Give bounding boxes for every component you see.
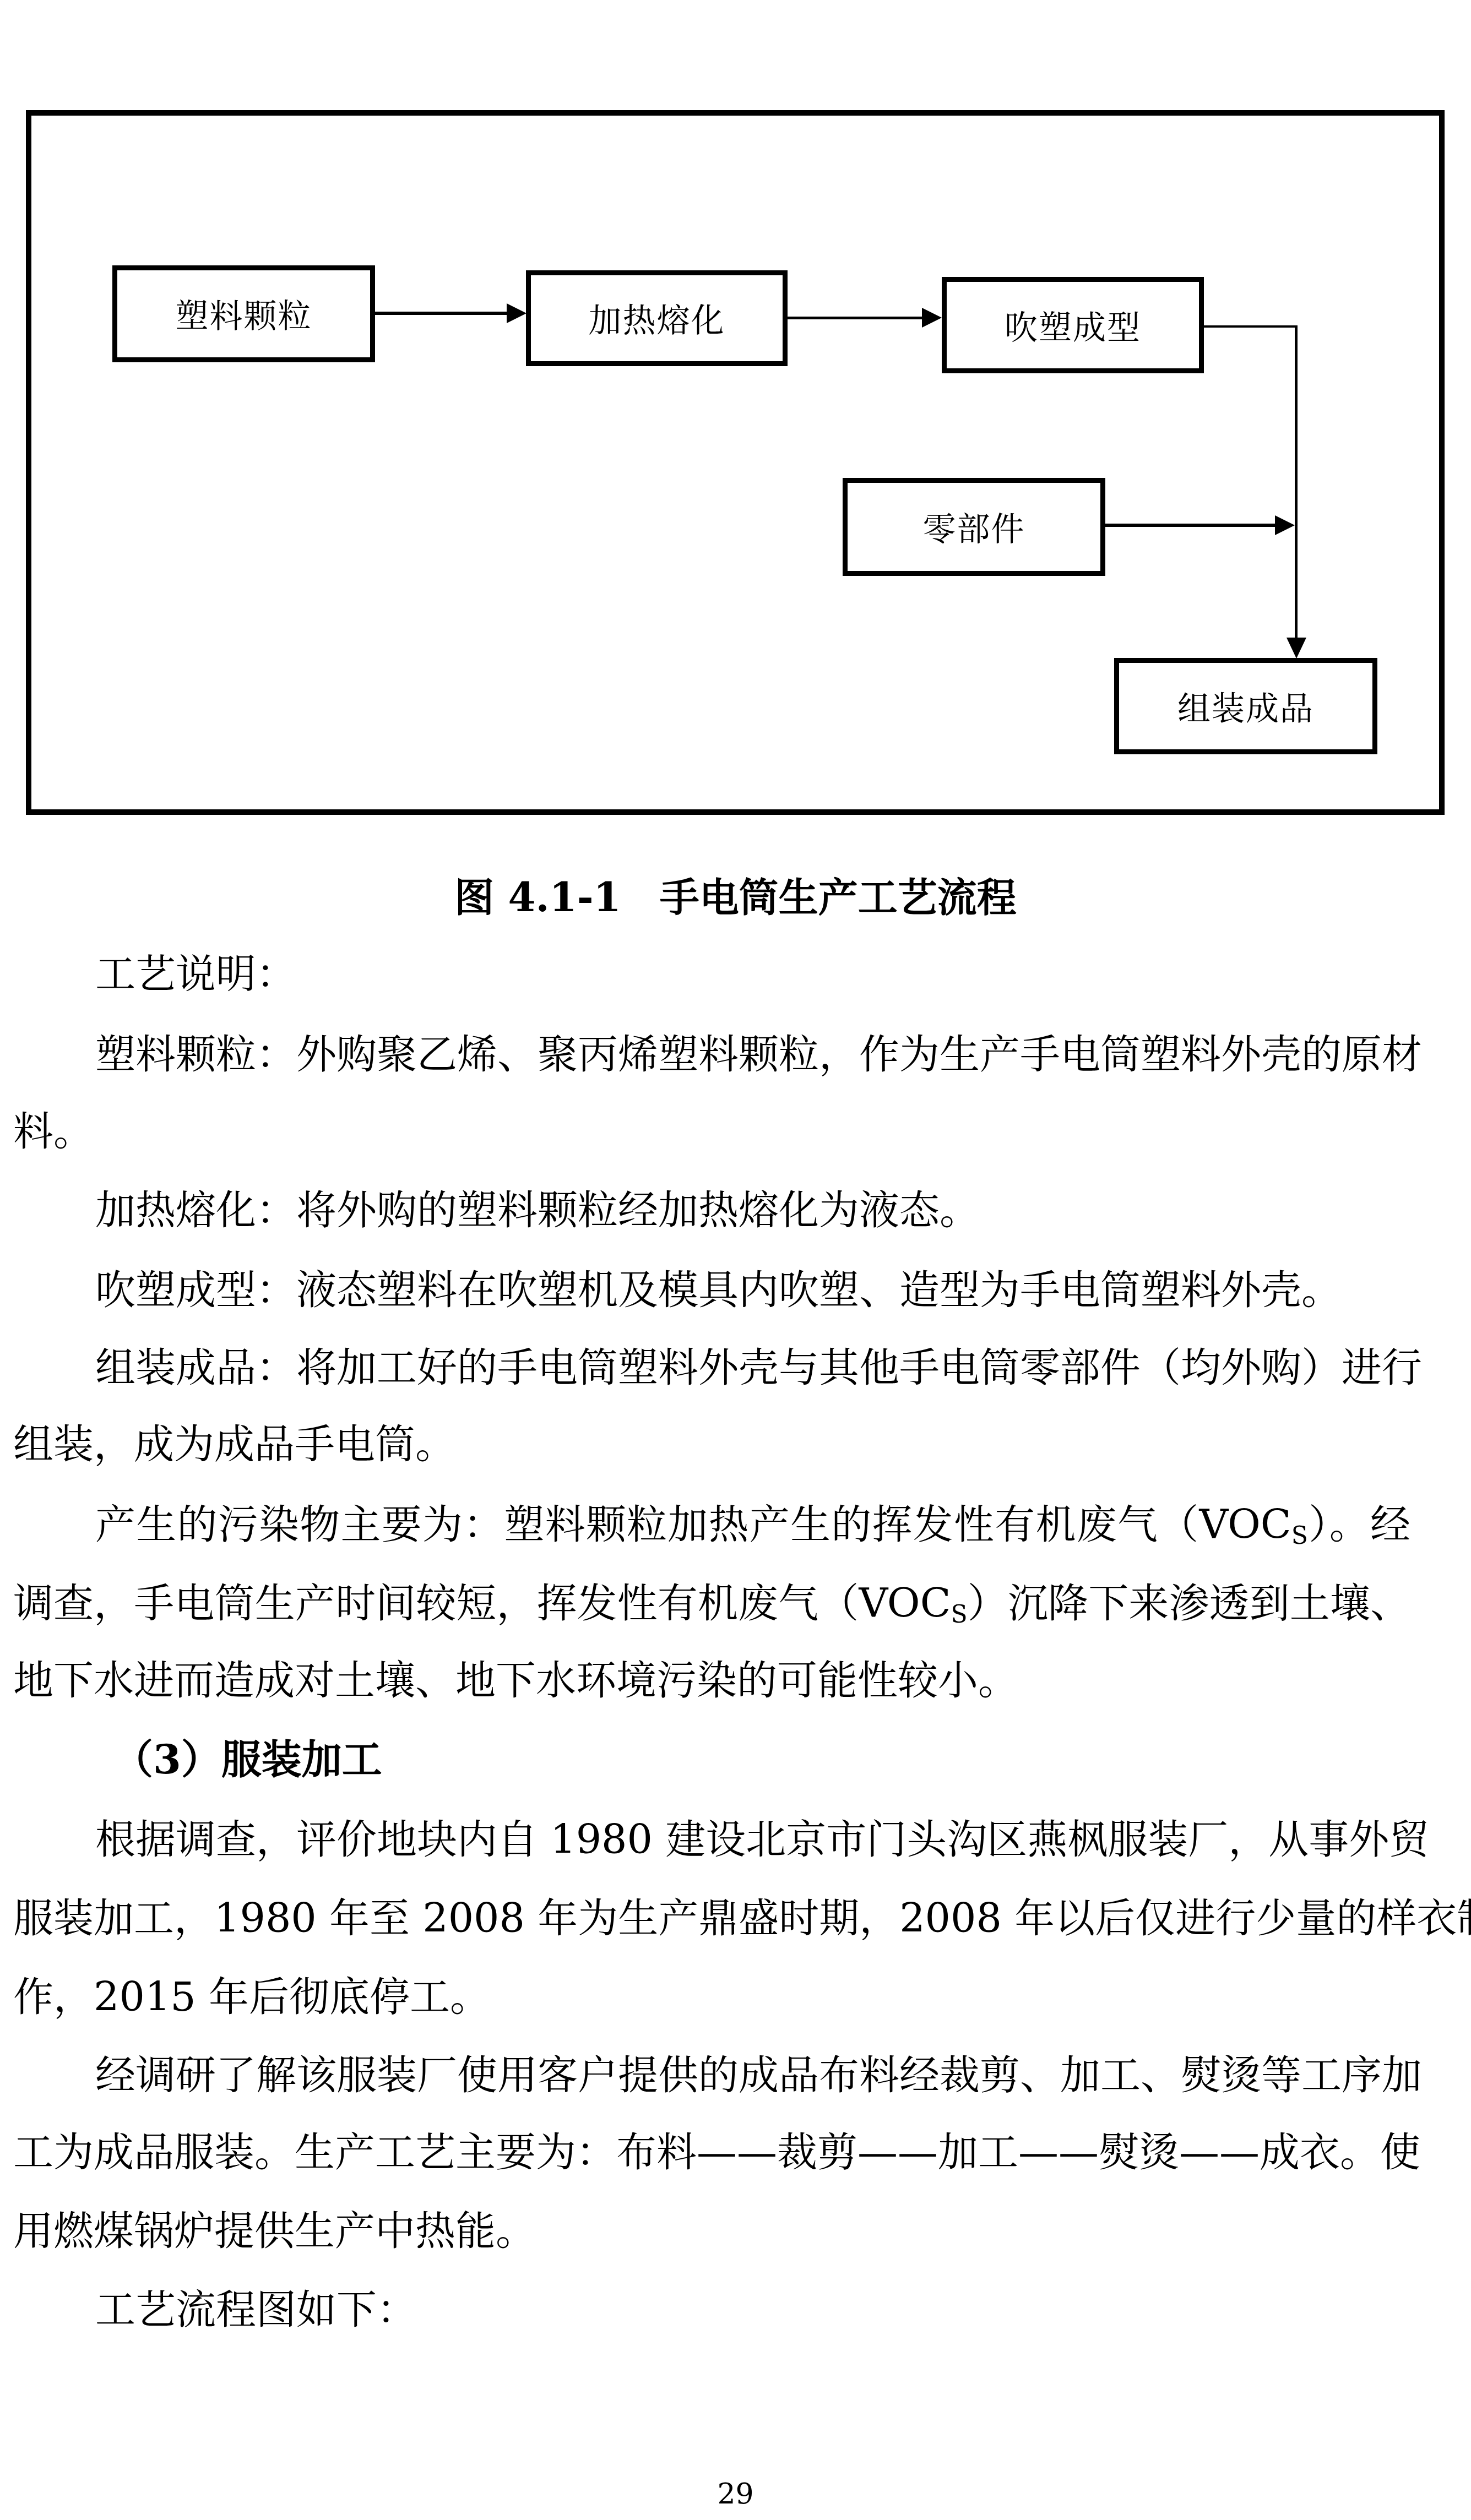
connector-melt-to-molding — [788, 317, 922, 319]
paragraph-assembly-line: 组装，成为成品手电筒。 — [13, 1417, 455, 1472]
connector-pellets-to-melt — [375, 312, 507, 315]
node-label: 吹塑成型 — [1005, 302, 1141, 349]
text-run: 产生的污染物主要为：塑料颗粒加热产生的挥发性有机废气（VOC — [95, 1501, 1291, 1548]
paragraph-garment-process-line: 用燃煤锅炉提供生产中热能。 — [13, 2204, 536, 2259]
node-parts: 零部件 — [843, 478, 1105, 576]
section-heading-garment-processing: （3）服装加工 — [113, 1732, 382, 1787]
connector-parts-to-assembly — [1105, 524, 1276, 527]
paragraph-flowchart-intro: 工艺流程图如下： — [95, 2283, 417, 2338]
text-run: ）沉降下来渗透到土壤、 — [968, 1580, 1410, 1627]
arrowhead-right-icon — [922, 308, 942, 328]
paragraph-garment-process-line: 工为成品服装。生产工艺主要为：布料——裁剪——加工——熨烫——成衣。使 — [13, 2125, 1410, 2180]
paragraph-garment-process-line: 经调研了解该服装厂使用客户提供的成品布料经裁剪、加工、熨烫等工序加 — [95, 2048, 1410, 2103]
paragraph-pollutants-line: 产生的污染物主要为：塑料颗粒加热产生的挥发性有机废气（VOCS）。经 — [95, 1498, 1410, 1553]
paragraph-heat-melt: 加热熔化：将外购的塑料颗粒经加热熔化为液态。 — [95, 1183, 980, 1238]
node-label: 塑料颗粒 — [176, 290, 312, 338]
paragraph-survey-line: 根据调查，评价地块内自 1980 建设北京市门头沟区燕枫服装厂，从事外贸 — [95, 1813, 1410, 1868]
paragraph-pollutants-line: 调查，手电筒生产时间较短，挥发性有机废气（VOCS）沉降下来渗透到土壤、 — [13, 1576, 1410, 1631]
connector-vertical-to-assembly — [1295, 325, 1298, 639]
paragraph-process-intro: 工艺说明： — [95, 947, 296, 1002]
page-number: 29 — [0, 2475, 1471, 2513]
node-label: 组装成品 — [1177, 683, 1314, 730]
paragraph-pollutants-line: 地下水进而造成对土壤、地下水环境污染的可能性较小。 — [13, 1653, 1018, 1708]
paragraph-plastic-pellets-line: 塑料颗粒：外购聚乙烯、聚丙烯塑料颗粒，作为生产手电筒塑料外壳的原材 — [95, 1027, 1410, 1082]
paragraph-survey-line: 作，2015 年后彻底停工。 — [13, 1970, 490, 2025]
figure-number: 图 4.1-1 — [454, 874, 621, 921]
paragraph-plastic-pellets-line: 料。 — [13, 1104, 94, 1160]
arrowhead-right-icon — [507, 303, 526, 323]
connector-molding-horizontal — [1204, 325, 1298, 328]
node-label: 零部件 — [923, 503, 1025, 551]
paragraph-survey-line: 服装加工，1980 年至 2008 年为生产鼎盛时期，2008 年以后仅进行少量… — [13, 1891, 1410, 1946]
text-run: ）。经 — [1308, 1501, 1410, 1548]
node-blow-molding: 吹塑成型 — [942, 277, 1204, 373]
figure-caption: 图 4.1-1手电筒生产工艺流程 — [0, 870, 1471, 925]
subscript-s: S — [1291, 1522, 1308, 1550]
node-label: 加热熔化 — [589, 295, 725, 342]
paragraph-assembly-line: 组装成品：将加工好的手电筒塑料外壳与其他手电筒零部件（均外购）进行 — [95, 1341, 1410, 1396]
node-plastic-pellets: 塑料颗粒 — [112, 265, 375, 362]
arrowhead-down-icon — [1287, 638, 1306, 658]
subscript-s: S — [951, 1601, 968, 1629]
figure-title: 手电筒生产工艺流程 — [660, 874, 1017, 921]
arrowhead-right-icon — [1275, 515, 1295, 535]
node-heat-melt: 加热熔化 — [526, 270, 788, 366]
node-assembly: 组装成品 — [1114, 658, 1377, 754]
text-run: 调查，手电筒生产时间较短，挥发性有机废气（VOC — [13, 1580, 951, 1627]
paragraph-blow-molding: 吹塑成型：液态塑料在吹塑机及模具内吹塑、造型为手电筒塑料外壳。 — [95, 1263, 1342, 1318]
